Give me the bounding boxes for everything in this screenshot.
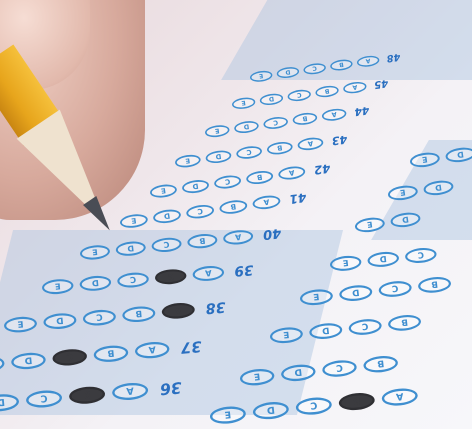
bubble[interactable]: D <box>259 92 284 106</box>
question-number: 44 <box>350 103 373 118</box>
bubble[interactable]: D <box>181 178 209 194</box>
bubble[interactable]: C <box>348 318 382 337</box>
bubble[interactable]: B <box>363 354 399 374</box>
bubble[interactable]: C <box>82 308 116 326</box>
question-number: 39 <box>230 261 259 279</box>
question-number: 45 <box>370 76 392 90</box>
bubble[interactable]: C <box>235 144 262 160</box>
bubble[interactable]: E <box>249 69 273 83</box>
bubble[interactable]: C <box>213 173 241 189</box>
bubble[interactable]: B <box>292 111 318 126</box>
question-number: 43 <box>327 131 351 147</box>
question-number: 38 <box>201 298 231 317</box>
bubble[interactable]: B <box>387 313 421 332</box>
bubble[interactable]: C <box>287 88 312 102</box>
bubble[interactable]: E <box>41 277 74 294</box>
bubble[interactable]: B <box>245 169 273 185</box>
bubble[interactable]: E <box>299 288 333 307</box>
question-number: 42 <box>309 160 334 177</box>
bubble-filled[interactable]: A <box>161 301 195 319</box>
bubble[interactable]: D <box>152 208 181 225</box>
bubble[interactable]: C <box>263 115 289 130</box>
bubble[interactable]: A <box>252 194 281 211</box>
bubble[interactable]: A <box>222 228 253 245</box>
bubble[interactable]: C <box>378 280 412 299</box>
bubble[interactable]: D <box>309 322 343 341</box>
bubble[interactable]: D <box>367 250 400 268</box>
bubble[interactable]: E <box>204 123 230 138</box>
bubble[interactable]: B <box>93 344 129 363</box>
bubble[interactable]: C <box>151 236 182 253</box>
bubble[interactable]: D <box>43 312 77 330</box>
bubble[interactable]: D <box>79 274 112 291</box>
bubble[interactable]: E <box>149 183 177 199</box>
bubble[interactable]: A <box>381 387 419 407</box>
bubble[interactable]: A <box>111 381 148 401</box>
bubble-filled[interactable]: B <box>68 385 105 405</box>
bubble[interactable]: C <box>25 388 62 408</box>
bubble[interactable]: B <box>219 198 248 215</box>
bubble-filled[interactable]: C <box>52 347 88 366</box>
question-number: 40 <box>258 225 285 243</box>
bubble[interactable]: B <box>122 305 156 323</box>
bubble[interactable]: E <box>0 354 5 373</box>
bubble[interactable]: C <box>322 359 358 379</box>
question-number: 41 <box>285 189 311 206</box>
question-row-41: E D C B A 41 <box>119 189 311 229</box>
bubble[interactable]: C <box>117 271 150 288</box>
bubble[interactable]: D <box>280 363 316 383</box>
bubble[interactable]: C <box>185 203 214 220</box>
question-number: 37 <box>175 336 206 356</box>
bubble-filled[interactable]: B <box>154 268 187 285</box>
bubble[interactable]: E <box>231 96 256 110</box>
bubble[interactable]: A <box>277 164 305 180</box>
right-column-row: E D C <box>329 246 437 272</box>
bubble[interactable]: E <box>209 405 247 425</box>
bubble[interactable]: A <box>297 136 324 152</box>
bubble[interactable]: D <box>11 351 47 370</box>
bubble[interactable]: D <box>252 400 290 420</box>
bubble[interactable]: D <box>0 392 20 412</box>
bubble-filled[interactable]: B <box>338 391 376 411</box>
bubble[interactable]: A <box>192 264 225 281</box>
bubble[interactable]: D <box>339 284 373 303</box>
bubble[interactable]: C <box>295 396 333 416</box>
bubble[interactable]: E <box>174 153 201 169</box>
bubble[interactable]: B <box>417 275 451 294</box>
bubble[interactable]: E <box>329 254 362 272</box>
bubble[interactable]: D <box>205 149 232 165</box>
bubble[interactable]: D <box>233 119 259 134</box>
bubble[interactable]: C <box>404 246 437 264</box>
bubble[interactable]: B <box>187 232 218 249</box>
bubble[interactable]: B <box>266 140 293 156</box>
bubble[interactable]: A <box>321 107 347 122</box>
bubble[interactable]: A <box>342 80 367 94</box>
question-number: 36 <box>154 377 187 398</box>
bubble[interactable]: A <box>134 340 170 359</box>
bubble[interactable]: E <box>3 315 37 333</box>
bubble[interactable]: B <box>315 84 340 98</box>
